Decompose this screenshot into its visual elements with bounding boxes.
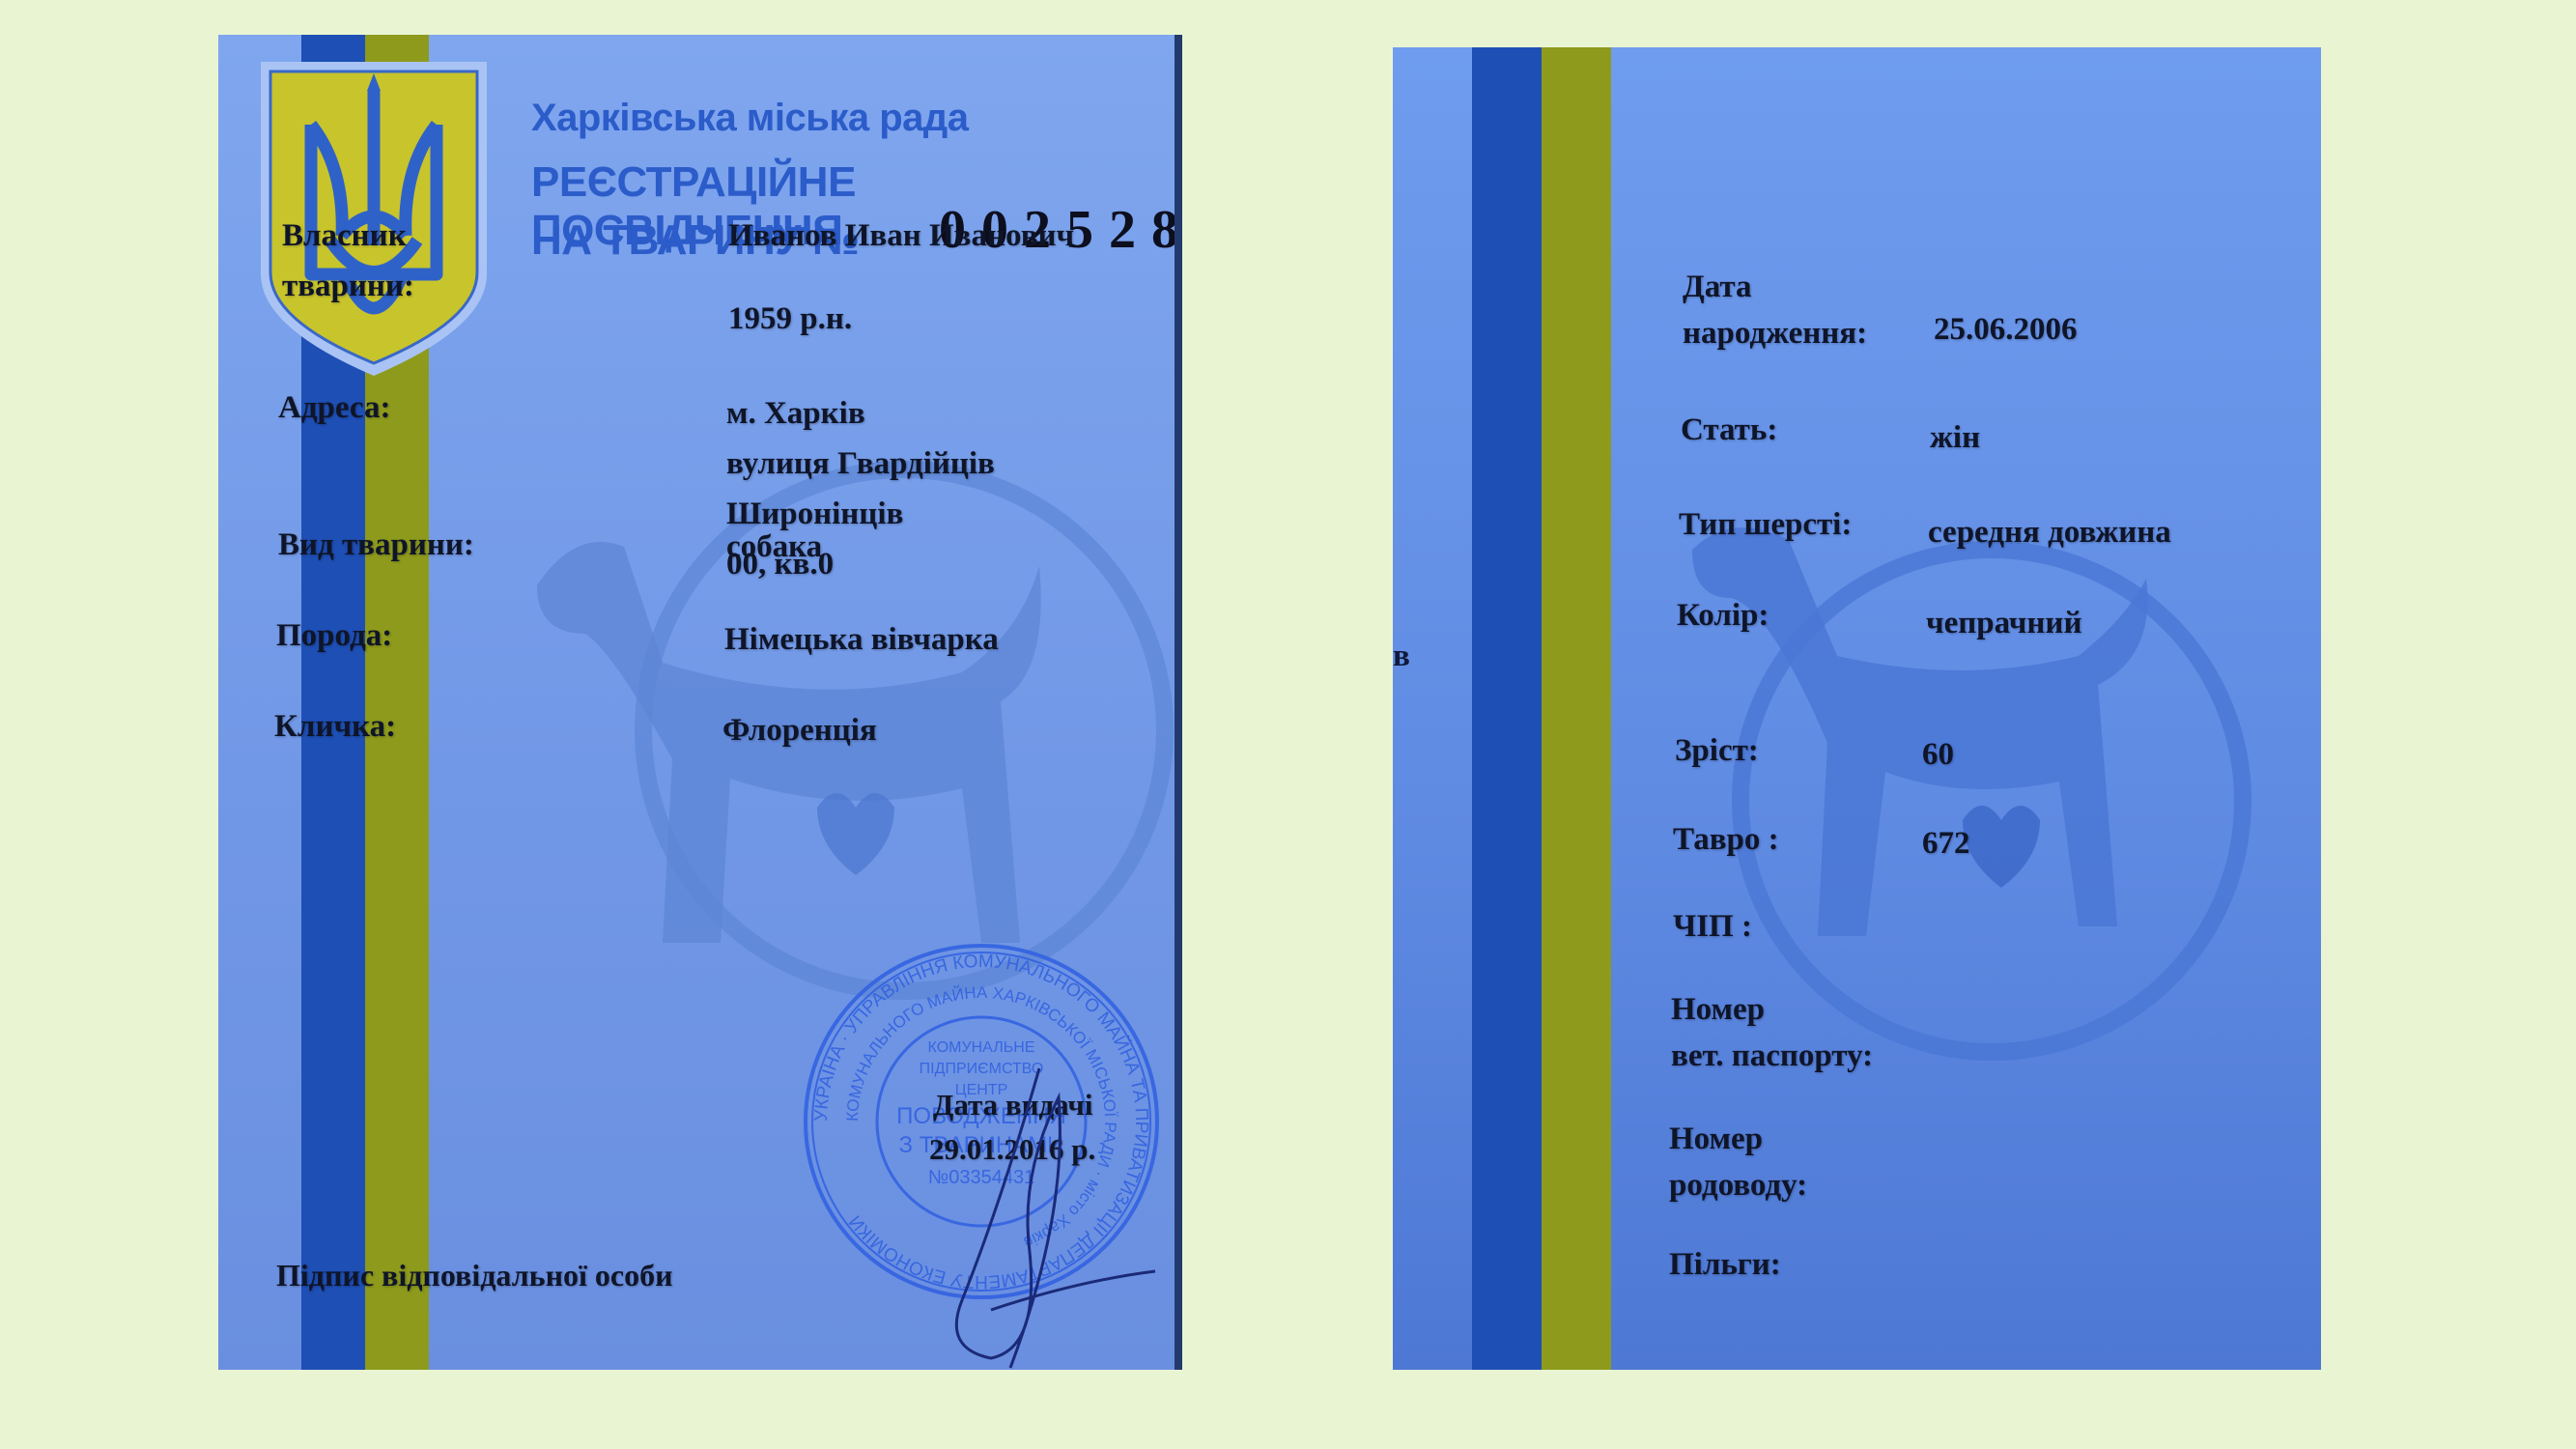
owner-label: Власник тварини:: [282, 211, 414, 311]
coat-type-value: середня довжина: [1928, 511, 2171, 554]
vet-passport-label: Номер вет. паспорту:: [1671, 986, 1873, 1079]
svg-text:КОМУНАЛЬНЕ: КОМУНАЛЬНЕ: [928, 1039, 1035, 1056]
birth-date-value: 25.06.2006: [1934, 308, 2078, 351]
stray-text-fragment: в: [1393, 639, 1410, 674]
flag-stripe-blue: [1472, 47, 1542, 1370]
height-label: Зріст:: [1675, 729, 1759, 772]
registration-card-front: Харківська міська рада РЕЄСТРАЦІЙНЕ ПОСВ…: [218, 35, 1182, 1370]
species-label: Вид тварини:: [278, 524, 474, 566]
chip-label: ЧІП :: [1673, 905, 1752, 948]
color-value: чепрачний: [1926, 602, 2081, 644]
color-label: Колір:: [1677, 594, 1769, 637]
flag-stripe-yellow: [1542, 47, 1611, 1370]
brand-value: 672: [1922, 822, 1970, 865]
signature-scribble: [923, 1059, 1175, 1370]
brand-label: Тавро :: [1673, 818, 1779, 861]
address-label: Адреса:: [278, 386, 390, 429]
species-value: собака: [726, 526, 822, 568]
benefits-label: Пільги:: [1669, 1243, 1781, 1286]
city-council-title: Харківська міська рада: [531, 97, 969, 140]
coat-type-label: Тип шерсті:: [1679, 503, 1852, 546]
registration-card-back: в Дата народження: 25.06.2006 Стать: жін…: [1393, 47, 2321, 1370]
birth-date-label: Дата народження:: [1683, 264, 1867, 356]
sex-value: жін: [1930, 416, 1980, 459]
breed-value: Німецька вівчарка: [724, 618, 999, 661]
breed-label: Порода:: [276, 614, 392, 657]
owner-value: Иванов Иван Иванович: [728, 214, 1074, 257]
owner-birth-year: 1959 р.н.: [728, 298, 852, 340]
signature-label: Підпис відповідальної особи: [276, 1254, 673, 1296]
pedigree-label: Номер родоводу:: [1669, 1116, 1807, 1208]
height-value: 60: [1922, 733, 1954, 776]
sex-label: Стать:: [1681, 409, 1777, 451]
name-label: Кличка:: [274, 705, 396, 748]
name-value: Флоренція: [722, 709, 877, 752]
